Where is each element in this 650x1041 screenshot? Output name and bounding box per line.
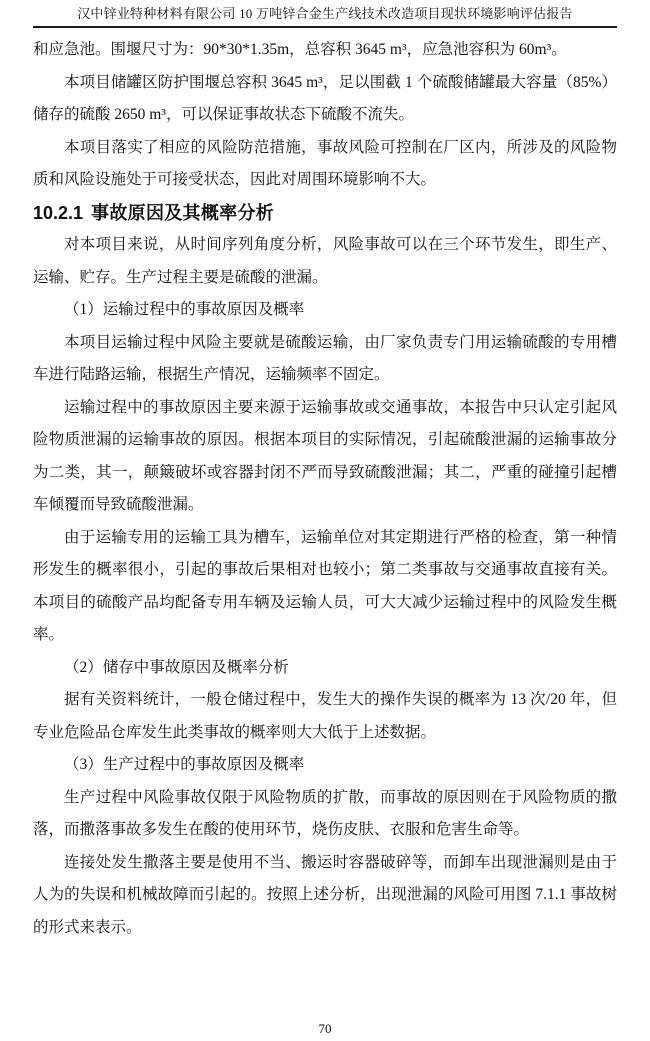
list-item-heading: （2）储存中事故原因及概率分析: [33, 652, 617, 685]
paragraph: 由于运输专用的运输工具为槽车，运输单位对其定期进行严格的检查，第一种情形发生的概…: [33, 522, 617, 652]
paragraph: 对本项目来说，从时间序列角度分析，风险事故可以在三个环节发生，即生产、运输、贮存…: [33, 229, 617, 294]
paragraph: 据有关资料统计，一般仓储过程中，发生大的操作失误的概率为 13 次/20 年，但…: [33, 684, 617, 749]
header-rule: [33, 26, 617, 28]
paragraph: 本项目储罐区防护围堰总容积 3645 m³，足以围截 1 个硫酸储罐最大容量（8…: [33, 67, 617, 132]
page-header: 汉中锌业特种材料有限公司 10 万吨锌合金生产线技术改造项目现状环境影响评估报告: [33, 5, 617, 28]
document-body: 和应急池。围堰尺寸为：90*30*1.35m，总容积 3645 m³，应急池容积…: [33, 34, 617, 944]
page-footer: 70: [0, 1021, 650, 1037]
section-number: 10.2.1: [33, 203, 83, 223]
paragraph: 连接处发生撒落主要是使用不当、搬运时容器破碎等，而卸车出现泄漏则是由于人为的失误…: [33, 847, 617, 945]
section-heading: 10.2.1事故原因及其概率分析: [33, 197, 617, 230]
section-title: 事故原因及其概率分析: [91, 203, 274, 223]
document-page: 汉中锌业特种材料有限公司 10 万吨锌合金生产线技术改造项目现状环境影响评估报告…: [0, 0, 650, 1041]
report-header-title: 汉中锌业特种材料有限公司 10 万吨锌合金生产线技术改造项目现状环境影响评估报告: [33, 5, 617, 22]
paragraph: 和应急池。围堰尺寸为：90*30*1.35m，总容积 3645 m³，应急池容积…: [33, 34, 617, 67]
page-number: 70: [319, 1021, 332, 1036]
paragraph: 本项目运输过程中风险主要就是硫酸运输，由厂家负责专门用运输硫酸的专用槽车进行陆路…: [33, 327, 617, 392]
list-item-heading: （1）运输过程中的事故原因及概率: [33, 294, 617, 327]
list-item-heading: （3）生产过程中的事故原因及概率: [33, 749, 617, 782]
paragraph: 生产过程中风险事故仅限于风险物质的扩散，而事故的原因则在于风险物质的撒落，而撒落…: [33, 782, 617, 847]
paragraph: 本项目落实了相应的风险防范措施，事故风险可控制在厂区内，所涉及的风险物质和风险设…: [33, 132, 617, 197]
paragraph: 运输过程中的事故原因主要来源于运输事故或交通事故，本报告中只认定引起风险物质泄漏…: [33, 392, 617, 522]
